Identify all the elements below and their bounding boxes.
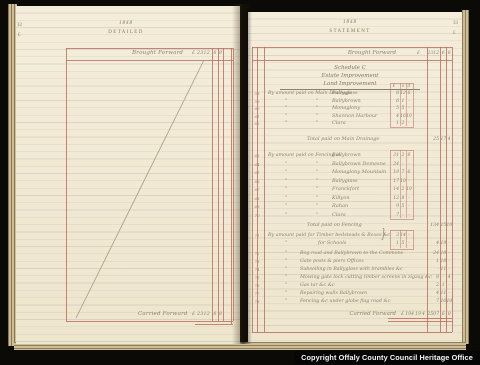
itemised-amount-pounds: 8 xyxy=(388,90,399,97)
ditto-mark: " xyxy=(316,113,318,120)
red-rule-horizontal xyxy=(66,321,233,322)
amount-pence: 4 xyxy=(447,136,453,143)
place-name: Ballybrown Demesne xyxy=(332,161,386,168)
amount-pence: 0 xyxy=(447,311,453,318)
ditto-mark: " xyxy=(316,203,318,210)
ledger-row: 75"Mowing gate lock cutting timber scree… xyxy=(0,274,480,281)
folio-number: 67 xyxy=(251,186,263,193)
left-page-section-title: DETAILED xyxy=(76,30,176,36)
place-name: Clara xyxy=(332,212,346,219)
folio-number: 72 xyxy=(251,250,263,257)
left-page-year: 1848 xyxy=(76,21,176,27)
amount-pounds: - xyxy=(424,266,439,273)
ditto-mark: " xyxy=(316,169,318,176)
ledger-row: 73"Gate posts & piers Offices118- xyxy=(0,258,480,265)
folio-number: 63 xyxy=(251,152,263,159)
folio-number: 58 xyxy=(251,90,263,97)
ledger-row: 68""Killyon128- xyxy=(0,195,480,202)
ledger-row: Brought Forward£231268 xyxy=(0,50,480,57)
amount-pounds: 2 xyxy=(424,282,439,289)
amount-pence: 10 xyxy=(447,222,453,229)
ditto-mark: " xyxy=(285,105,287,112)
ditto-mark: " xyxy=(285,98,287,105)
folio-number: 71 xyxy=(251,232,263,239)
ditto-mark: " xyxy=(285,274,287,281)
amount-pounds: 4 xyxy=(424,240,439,247)
amount-pounds: 2507 xyxy=(424,311,439,318)
section-heading: Land Improvement xyxy=(280,81,420,90)
ditto-mark: " xyxy=(285,178,287,185)
itemised-amount-pounds: 7 xyxy=(388,212,399,219)
itemised-amount-pence: - xyxy=(406,195,412,202)
place-name: Ballybrown xyxy=(332,98,361,105)
entry-text: Gate posts & piers Offices xyxy=(300,258,364,265)
ledger-row: 66""Ballyglass1710- xyxy=(0,178,480,185)
itemised-amount-pence: 10 xyxy=(406,113,412,120)
amount-pence: - xyxy=(447,290,453,297)
itemised-amount-pounds: 12 xyxy=(388,195,399,202)
place-name: Shannon Harbour xyxy=(332,113,377,120)
folio-number: 60 xyxy=(251,105,263,112)
place-name: Monaglony xyxy=(332,105,360,112)
ditto-mark: " xyxy=(285,298,287,305)
itemised-amount-pence: - xyxy=(406,178,412,185)
folio-number: 74 xyxy=(251,266,263,273)
ditto-mark: " xyxy=(285,290,287,297)
amount-pounds: 8 xyxy=(424,274,439,281)
folio-number: 62 xyxy=(251,120,263,127)
total-label: Total paid on Main Drainage xyxy=(307,136,379,143)
ledger-row: Estate Improvement xyxy=(0,73,480,80)
folio-number: 61 xyxy=(251,113,263,120)
ditto-mark: " xyxy=(285,203,287,210)
itemised-amount-pounds: 6 xyxy=(388,98,399,105)
ditto-mark: " xyxy=(285,282,287,289)
ledger-row: Schedule C xyxy=(0,65,480,72)
ledger-row: 67""Franckfort14210 xyxy=(0,186,480,193)
itemised-amount-pounds: 1 xyxy=(388,120,399,127)
amount-shillings: 17 xyxy=(441,136,447,143)
amount-pence: - xyxy=(447,266,453,273)
folio-number: 64 xyxy=(251,161,263,168)
ledger-photo: 32 £ 1848 DETAILED Brought Forward £ 231… xyxy=(0,0,480,365)
right-page-year: 1848 xyxy=(300,20,400,26)
ledger-row: Total paid on Fencing1341510 xyxy=(0,222,480,229)
itemised-amount-pence: 10 xyxy=(406,186,412,193)
amount-pounds: 25 xyxy=(424,136,439,143)
entry-text: Fencing &c under globe flag road &c xyxy=(300,298,390,305)
folio-number: 68 xyxy=(251,195,263,202)
amount-pence: - xyxy=(447,258,453,265)
ditto-mark: " xyxy=(285,195,287,202)
itemised-amount-pounds: 1 xyxy=(388,240,399,247)
ledger-row: 62""Clara12- xyxy=(0,120,480,127)
amount-shillings: 6 xyxy=(441,311,447,318)
folio-number: 70 xyxy=(251,212,263,219)
ditto-mark: " xyxy=(316,98,318,105)
itemised-amount-pounds: 17 xyxy=(388,178,399,185)
ledger-row: Carried Forward£194194250760 xyxy=(0,311,480,318)
ditto-mark: " xyxy=(285,169,287,176)
ledger-row: 77"Repairing walls Ballybrown411- xyxy=(0,290,480,297)
folio-number: 73 xyxy=(251,258,263,265)
ledger-row: Land Improvement xyxy=(0,81,480,88)
ditto-mark: " xyxy=(316,120,318,127)
place-name: Monaglony Mountain xyxy=(332,169,386,176)
itemised-amount-pence: - xyxy=(406,105,412,112)
itemised-amount-pence: - xyxy=(406,212,412,219)
itemised-amount-pounds: 14 xyxy=(388,186,399,193)
entry-text: Mowing gate lock cutting timber screens … xyxy=(300,274,432,281)
entry-text: Repairing walls Ballybrown xyxy=(300,290,367,297)
itemised-amount-pence: 6 xyxy=(406,152,412,159)
ledger-row: 64""Ballybrown Demesne24-- xyxy=(0,161,480,168)
amount-pence: 8 xyxy=(447,50,453,57)
ledger-row: 78"Fencing &c under globe flag road &c71… xyxy=(0,298,480,305)
ditto-mark: " xyxy=(316,105,318,112)
ditto-mark: " xyxy=(285,120,287,127)
itemised-amount-pence: - xyxy=(406,161,412,168)
copyright-bar: Copyright Offaly County Council Heritage… xyxy=(294,351,480,364)
itemised-amount-pounds: 24 xyxy=(388,161,399,168)
right-page-section-title: STATEMENT xyxy=(300,29,400,35)
entry-text: for Schools xyxy=(318,240,346,247)
amount-pounds: 2312 xyxy=(424,50,439,57)
entry-text: Gas tar &c &c xyxy=(300,282,335,289)
ledger-row: 69""Rahan95- xyxy=(0,203,480,210)
amount-shillings: 6 xyxy=(441,50,447,57)
right-currency-mark: £ xyxy=(453,31,456,37)
itemised-amount-pence: - xyxy=(406,98,412,105)
ditto-mark: " xyxy=(285,161,287,168)
folio-number: 76 xyxy=(251,282,263,289)
folio-number: 66 xyxy=(251,178,263,185)
ledger-row: Total paid on Main Drainage25174 xyxy=(0,136,480,143)
entry-text: By amount paid on Fencing in xyxy=(268,152,341,159)
itemised-amount-pounds: 3 xyxy=(388,232,399,239)
ledger-row: 76"Gas tar &c &c21- xyxy=(0,282,480,289)
ditto-mark: " xyxy=(316,186,318,193)
amount-shillings: - xyxy=(441,274,447,281)
currency-mark: £ xyxy=(417,50,420,57)
ledger-row: 65""Monaglony Mountain1976 xyxy=(0,169,480,176)
ledger-row: 70""Clara7-- xyxy=(0,212,480,219)
red-rule-horizontal xyxy=(388,318,452,319)
ditto-mark: " xyxy=(285,258,287,265)
place-name: Franckfort xyxy=(332,186,359,193)
amount-shillings: 19 xyxy=(441,240,447,247)
amount-pounds: 4 xyxy=(424,290,439,297)
entry-text: By amount paid for Timber bedsteads & Bo… xyxy=(268,232,390,239)
folio-number: 65 xyxy=(251,169,263,176)
ditto-mark: " xyxy=(285,186,287,193)
folio-number: 78 xyxy=(251,298,263,305)
itemised-amount-pence: - xyxy=(406,120,412,127)
itemised-amount-pence: 6 xyxy=(406,90,412,97)
left-currency-mark: £ xyxy=(18,33,21,39)
ledger-row: 58By amount paid on Main DrainageBallygl… xyxy=(0,90,480,97)
amount-shillings: 11 xyxy=(441,290,447,297)
section-heading: Estate Improvement xyxy=(280,73,420,80)
amount-pounds: 134 xyxy=(424,222,439,229)
red-rule-horizontal xyxy=(195,324,233,325)
amount-shillings: 15 xyxy=(441,222,447,229)
ditto-mark: " xyxy=(316,212,318,219)
itemised-amount-pounds: 5 xyxy=(388,105,399,112)
amount-pounds: 1 xyxy=(424,258,439,265)
itemised-amount-pence: 6 xyxy=(406,169,412,176)
amount-pence: 10 xyxy=(447,298,453,305)
itemised-amount-pounds: 4 xyxy=(388,113,399,120)
forward-label: Carried Forward xyxy=(330,311,396,318)
ledger-row: 60""Monaglony55- xyxy=(0,105,480,112)
ditto-mark: " xyxy=(316,195,318,202)
place-name: Ballybrown xyxy=(332,152,361,159)
place-name: Ballyglass xyxy=(332,90,358,97)
amount-shillings: 16 xyxy=(441,298,447,305)
entry-text: Bog road and Ballybrown to the Commons xyxy=(300,250,403,257)
ditto-mark: " xyxy=(316,178,318,185)
amount-pence: - xyxy=(447,240,453,247)
subtotal-amount-pounds: 194 xyxy=(404,311,414,318)
section-heading: Schedule C xyxy=(280,65,420,72)
entry-text: Subsoiling in Ballyglass with brambles &… xyxy=(300,266,403,273)
ledger-row: 63By amount paid on Fencing inBallybrown… xyxy=(0,152,480,159)
red-rule-horizontal xyxy=(66,60,233,61)
ditto-mark: " xyxy=(285,113,287,120)
folio-number: 59 xyxy=(251,98,263,105)
amount-pounds: 7 xyxy=(424,298,439,305)
itemised-amount-pence: - xyxy=(406,232,412,239)
right-page-number: 33 xyxy=(453,21,458,27)
red-rule-horizontal xyxy=(252,332,452,333)
red-rule-horizontal xyxy=(66,48,233,49)
amount-shillings: 18 xyxy=(441,258,447,265)
itemised-amount-pounds: 19 xyxy=(388,169,399,176)
ledger-row: 59""Ballybrown61- xyxy=(0,98,480,105)
amount-shillings: 11 xyxy=(441,266,447,273)
ditto-mark: " xyxy=(285,240,287,247)
amount-pence: 4 xyxy=(447,274,453,281)
place-name: Killyon xyxy=(332,195,350,202)
place-name: Clara xyxy=(332,120,346,127)
folio-number: 77 xyxy=(251,290,263,297)
itemised-amount-pounds: 9 xyxy=(388,203,399,210)
ledger-row: 72"Bog road and Ballybrown to the Common… xyxy=(0,250,480,257)
left-page-number: 32 xyxy=(17,23,22,29)
place-name: Ballyglass xyxy=(332,178,358,185)
folio-number: 75 xyxy=(251,274,263,281)
amount-shillings: 10 xyxy=(441,250,447,257)
amount-pence: - xyxy=(447,282,453,289)
amount-shillings: 1 xyxy=(441,282,447,289)
ditto-mark: " xyxy=(285,266,287,273)
ditto-mark: " xyxy=(316,161,318,168)
ledger-row: 71By amount paid for Timber bedsteads & … xyxy=(0,232,480,239)
red-rule-horizontal xyxy=(388,321,452,322)
itemised-amount-pence: - xyxy=(406,203,412,210)
red-rule-horizontal xyxy=(252,60,452,61)
ledger-row: 74"Subsoiling in Ballyglass with bramble… xyxy=(0,266,480,273)
ditto-mark: " xyxy=(285,250,287,257)
amount-pence: - xyxy=(447,250,453,257)
red-rule-horizontal xyxy=(252,47,452,48)
folio-number: 69 xyxy=(251,203,263,210)
total-label: Total paid on Fencing xyxy=(307,222,362,229)
ditto-mark: " xyxy=(285,212,287,219)
itemised-amount-pounds: 31 xyxy=(388,152,399,159)
forward-label: Brought Forward xyxy=(330,50,396,57)
ledger-row: 61""Shannon Harbour41610 xyxy=(0,113,480,120)
ledger-row: "for Schools15-419- xyxy=(0,240,480,247)
place-name: Rahan xyxy=(332,203,348,210)
amount-pounds: 24 xyxy=(424,250,439,257)
itemised-amount-pence: - xyxy=(406,240,412,247)
